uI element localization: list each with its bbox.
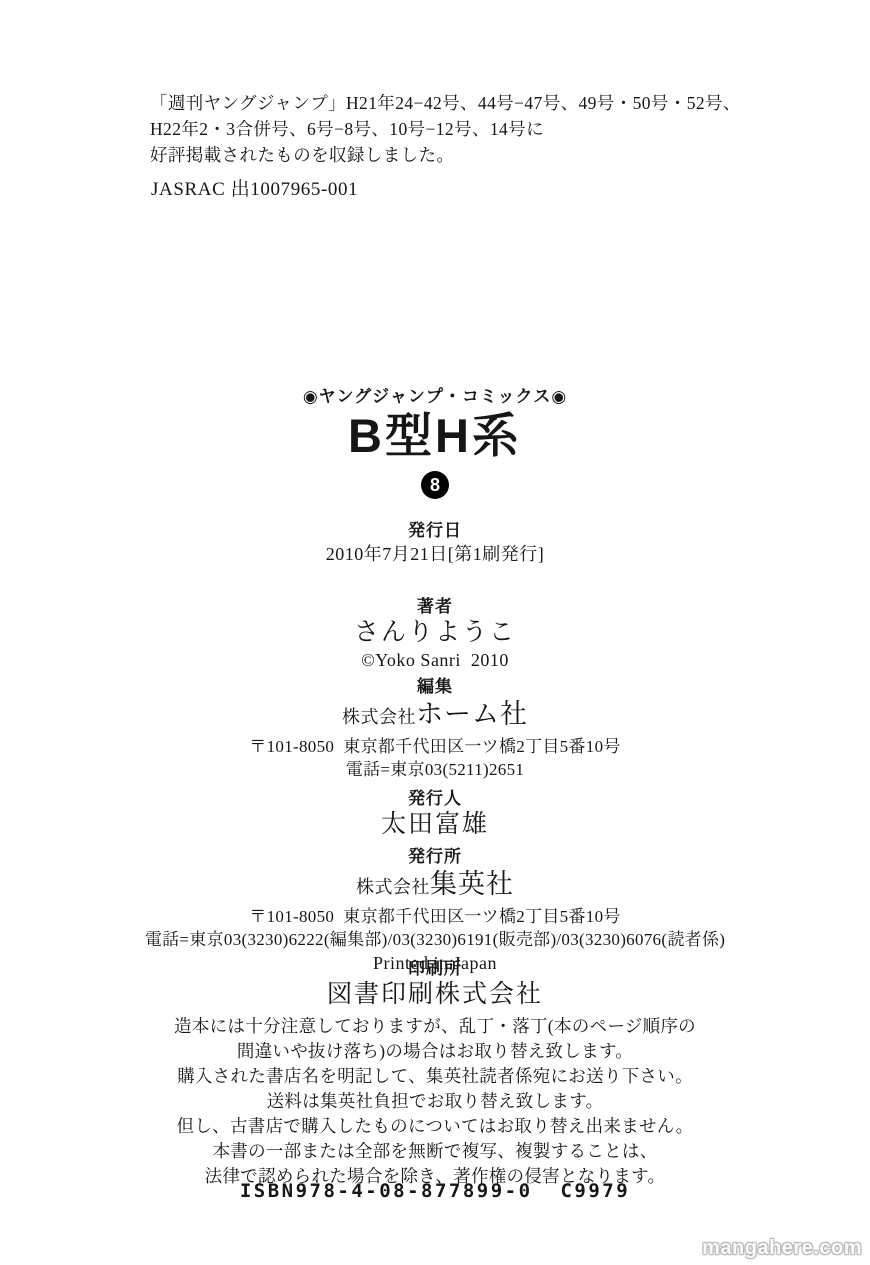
section-publisher: 発行所 株式会社集英社 〒101-8050 東京都千代田区一ツ橋2丁目5番10号… — [0, 846, 870, 975]
publisher-address: 〒101-8050 東京都千代田区一ツ橋2丁目5番10号 — [0, 905, 870, 928]
printer-heading: 印刷所 — [0, 958, 870, 980]
disclaimer-block: 造本には十分注意しておりますが、乱丁・落丁(本のページ順序の 間違いや抜け落ち)… — [0, 1014, 870, 1189]
publish-date-value: 2010年7月21日[第1刷発行] — [0, 542, 870, 566]
imprint-label: ◉ヤングジャンプ・コミックス◉ — [0, 382, 870, 407]
serialization-note: 「週刊ヤングジャンプ」H21年24−42号、44号−47号、49号・50号・52… — [150, 90, 741, 168]
volume-badge: 8 — [421, 471, 449, 499]
author-name: さんりようこ — [0, 618, 870, 648]
jasrac-number: JASRAC 出1007965-001 — [151, 174, 358, 201]
editor-company: 株式会社ホーム社 — [0, 698, 870, 735]
publisher-phone: 電話=東京03(3230)6222(編集部)/03(3230)6191(販売部)… — [0, 928, 870, 951]
section-author: 著者 さんりようこ ©Yoko Sanri 2010 — [0, 596, 870, 672]
publisher-person-heading: 発行人 — [0, 788, 870, 810]
editor-heading: 編集 — [0, 676, 870, 698]
section-publish-date: 発行日 2010年7月21日[第1刷発行] — [0, 520, 870, 566]
author-copyright: ©Yoko Sanri 2010 — [0, 648, 870, 672]
colophon-page: 「週刊ヤングジャンプ」H21年24−42号、44号−47号、49号・50号・52… — [0, 0, 870, 1265]
serialization-line: 「週刊ヤングジャンプ」H21年24−42号、44号−47号、49号・50号・52… — [150, 90, 741, 116]
author-heading: 著者 — [0, 596, 870, 618]
disclaimer-line: 但し、古書店で購入したものについてはお取り替え出来ません。 — [0, 1114, 870, 1139]
serialization-line: H22年2・3合併号、6号−8号、10号−12号、14号に — [150, 116, 741, 142]
volume-number: 8 — [430, 475, 440, 495]
disclaimer-line: 本書の一部または全部を無断で複写、複製することは、 — [0, 1139, 870, 1164]
book-title: B型H系 — [0, 410, 870, 462]
editor-address: 〒101-8050 東京都千代田区一ツ橋2丁目5番10号 — [0, 735, 870, 758]
publisher-person-name: 太田富雄 — [0, 810, 870, 840]
section-editor: 編集 株式会社ホーム社 〒101-8050 東京都千代田区一ツ橋2丁目5番10号… — [0, 676, 870, 781]
disclaimer-line: 送料は集英社負担でお取り替え致します。 — [0, 1089, 870, 1114]
section-publisher-person: 発行人 太田富雄 — [0, 788, 870, 840]
publisher-company-name: 集英社 — [430, 869, 514, 899]
site-watermark: mangahere.com — [702, 1237, 862, 1260]
isbn-code: ISBN978-4-08-877899-0 C9979 — [0, 1180, 870, 1202]
disclaimer-line: 造本には十分注意しておりますが、乱丁・落丁(本のページ順序の — [0, 1014, 870, 1039]
editor-company-prefix: 株式会社 — [342, 707, 416, 727]
editor-company-name: ホーム社 — [416, 699, 528, 729]
section-printer: 印刷所 図書印刷株式会社 — [0, 958, 870, 1010]
publisher-company-prefix: 株式会社 — [356, 877, 430, 897]
publisher-company: 株式会社集英社 — [0, 868, 870, 905]
editor-phone: 電話=東京03(5211)2651 — [0, 758, 870, 781]
publisher-heading: 発行所 — [0, 846, 870, 868]
disclaimer-line: 間違いや抜け落ち)の場合はお取り替え致します。 — [0, 1039, 870, 1064]
serialization-line: 好評掲載されたものを収録しました。 — [150, 142, 741, 168]
printer-name: 図書印刷株式会社 — [0, 980, 870, 1010]
publish-date-heading: 発行日 — [0, 520, 870, 542]
disclaimer-line: 購入された書店名を明記して、集英社読者係宛にお送り下さい。 — [0, 1064, 870, 1089]
